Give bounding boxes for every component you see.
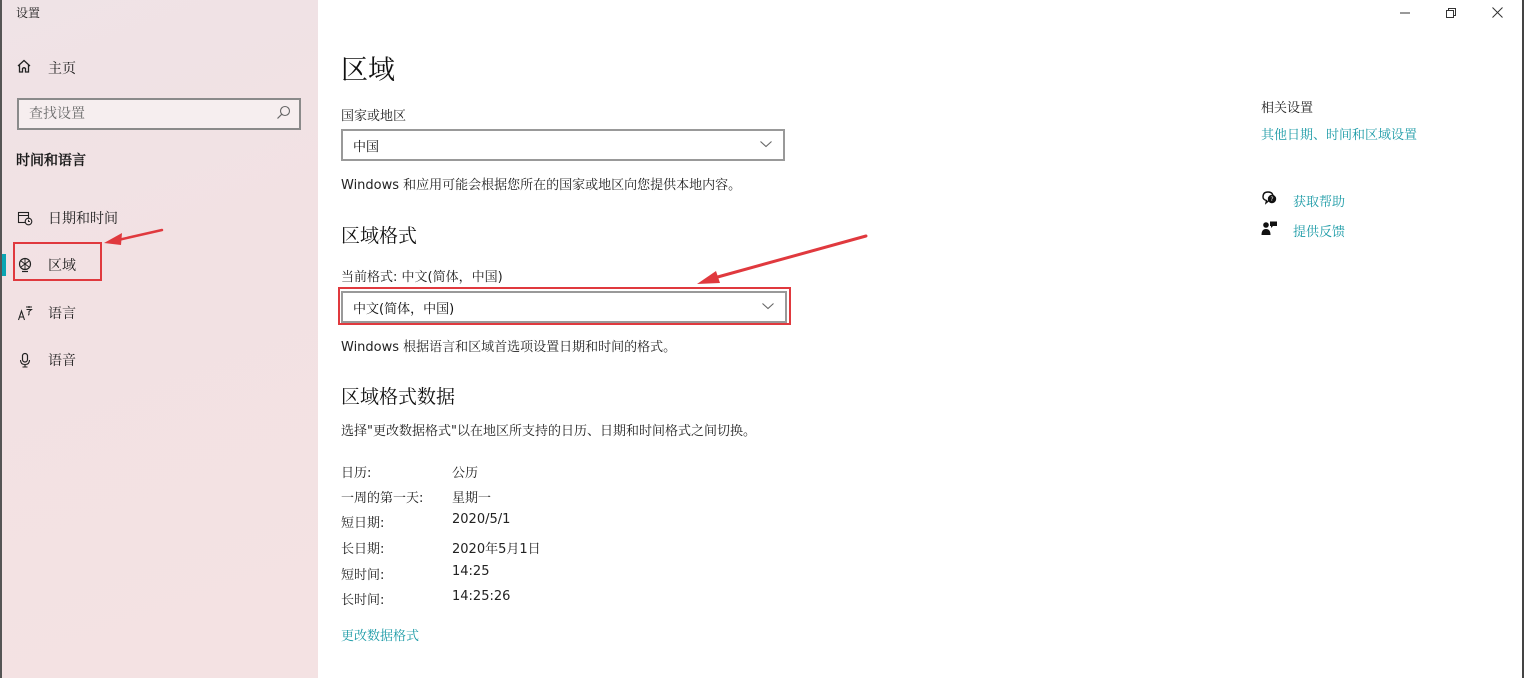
sidebar-item-language[interactable]: 语言 bbox=[0, 293, 318, 333]
give-feedback-label: 提供反馈 bbox=[1293, 221, 1345, 240]
globe-region-icon bbox=[16, 256, 34, 274]
format-value: 14:25:26 bbox=[452, 589, 510, 608]
sidebar-item-region[interactable]: 区域 bbox=[0, 245, 318, 285]
format-value: 2020年5月1日 bbox=[452, 538, 541, 557]
search-icon[interactable] bbox=[276, 105, 291, 124]
related-settings-title: 相关设置 bbox=[1261, 97, 1313, 116]
microphone-icon bbox=[16, 351, 34, 369]
format-key: 短时间: bbox=[341, 564, 452, 583]
format-key: 短日期: bbox=[341, 512, 452, 531]
format-row-short-time: 短时间: 14:25 bbox=[341, 564, 489, 583]
search-box[interactable] bbox=[17, 98, 301, 130]
format-value: 14:25 bbox=[452, 564, 489, 583]
format-value: 公历 bbox=[452, 462, 478, 481]
format-key: 一周的第一天: bbox=[341, 487, 452, 506]
language-icon bbox=[16, 304, 34, 322]
regional-format-value: 中文(简体，中国) bbox=[353, 298, 454, 317]
window-border-left bbox=[0, 0, 2, 678]
format-value: 星期一 bbox=[452, 487, 491, 506]
give-feedback-link[interactable]: 提供反馈 bbox=[1261, 220, 1345, 240]
close-button[interactable] bbox=[1474, 0, 1520, 24]
format-row-short-date: 短日期: 2020/5/1 bbox=[341, 512, 510, 531]
current-format-label: 当前格式: 中文(简体，中国) bbox=[341, 266, 503, 285]
help-chat-icon: ? bbox=[1261, 190, 1279, 210]
minimize-button[interactable] bbox=[1382, 0, 1428, 24]
format-key: 长时间: bbox=[341, 589, 452, 608]
format-row-first-day: 一周的第一天: 星期一 bbox=[341, 487, 491, 506]
search-input[interactable] bbox=[29, 106, 276, 122]
main-content: 区域 国家或地区 中国 Windows 和应用可能会根据您所在的国家或地区向您提… bbox=[318, 0, 1522, 678]
minimize-icon bbox=[1400, 3, 1410, 22]
country-value: 中国 bbox=[353, 136, 379, 155]
change-data-format-link[interactable]: 更改数据格式 bbox=[341, 625, 419, 644]
format-value: 2020/5/1 bbox=[452, 512, 510, 531]
chevron-down-icon bbox=[759, 136, 773, 155]
chevron-down-icon bbox=[761, 298, 775, 317]
section-title: 时间和语言 bbox=[16, 150, 86, 170]
format-key: 长日期: bbox=[341, 538, 452, 557]
format-data-description: 选择"更改数据格式"以在地区所支持的日历、日期和时间格式之间切换。 bbox=[341, 420, 756, 439]
settings-window: 设置 主页 时间和语言 日期和时间 区域 bbox=[0, 0, 1524, 678]
get-help-label: 获取帮助 bbox=[1293, 191, 1345, 210]
regional-format-heading: 区域格式 bbox=[341, 221, 417, 248]
feedback-icon bbox=[1261, 220, 1279, 240]
home-icon bbox=[16, 58, 32, 78]
sidebar-item-label: 语言 bbox=[48, 303, 76, 323]
sidebar: 设置 主页 时间和语言 日期和时间 区域 bbox=[0, 0, 318, 678]
calendar-clock-icon bbox=[16, 209, 34, 227]
app-title: 设置 bbox=[16, 4, 40, 21]
sidebar-item-label: 区域 bbox=[48, 255, 76, 275]
format-data-heading: 区域格式数据 bbox=[341, 382, 455, 409]
window-controls bbox=[1382, 0, 1520, 24]
restore-icon bbox=[1446, 3, 1456, 22]
format-key: 日历: bbox=[341, 462, 452, 481]
regional-format-description: Windows 根据语言和区域首选项设置日期和时间的格式。 bbox=[341, 336, 676, 355]
page-title: 区域 bbox=[341, 48, 395, 87]
format-row-long-date: 长日期: 2020年5月1日 bbox=[341, 538, 541, 557]
sidebar-item-label: 语音 bbox=[48, 350, 76, 370]
nav-home[interactable]: 主页 bbox=[16, 56, 76, 80]
svg-text:?: ? bbox=[1270, 196, 1273, 203]
sidebar-item-date-time[interactable]: 日期和时间 bbox=[0, 198, 318, 238]
country-description: Windows 和应用可能会根据您所在的国家或地区向您提供本地内容。 bbox=[341, 174, 741, 193]
sidebar-item-label: 日期和时间 bbox=[48, 208, 118, 228]
additional-settings-link[interactable]: 其他日期、时间和区域设置 bbox=[1261, 124, 1417, 143]
format-row-long-time: 长时间: 14:25:26 bbox=[341, 589, 510, 608]
sidebar-item-speech[interactable]: 语音 bbox=[0, 340, 318, 380]
regional-format-dropdown[interactable]: 中文(简体，中国) bbox=[341, 291, 787, 323]
maximize-button[interactable] bbox=[1428, 0, 1474, 24]
get-help-link[interactable]: ? 获取帮助 bbox=[1261, 190, 1345, 210]
format-row-calendar: 日历: 公历 bbox=[341, 462, 478, 481]
country-dropdown[interactable]: 中国 bbox=[341, 129, 785, 161]
close-icon bbox=[1492, 3, 1503, 22]
country-label: 国家或地区 bbox=[341, 105, 406, 124]
nav-home-label: 主页 bbox=[48, 58, 76, 78]
